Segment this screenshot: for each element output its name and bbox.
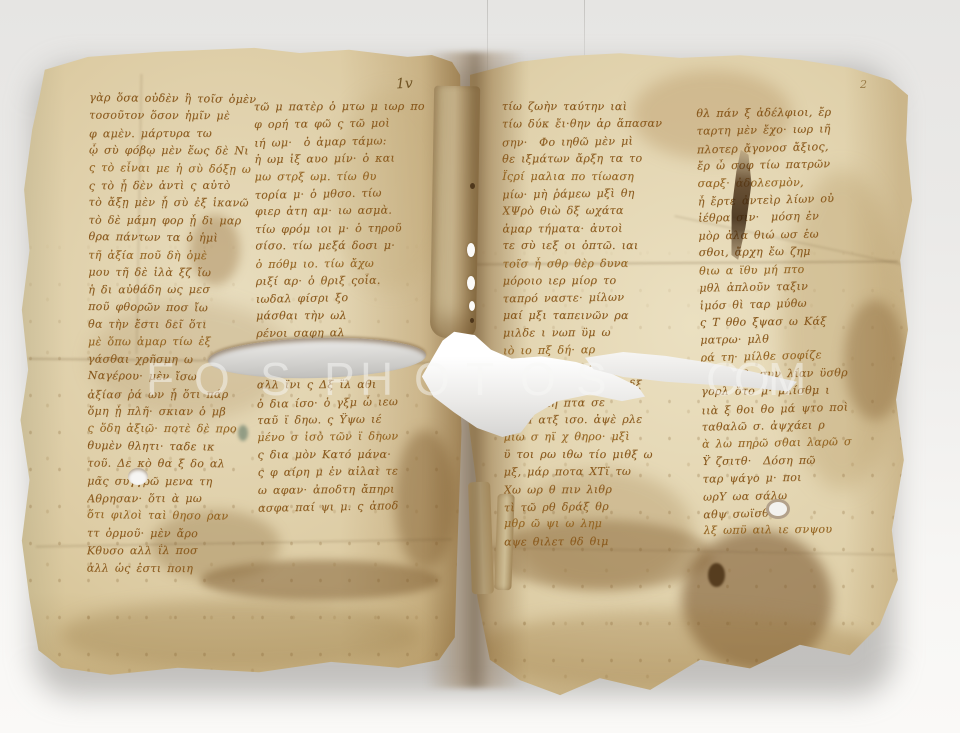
manuscript-line: ὁ πόθμ ιο. τίω ἄχω bbox=[255, 256, 441, 275]
text-column-2: τῶ μ πατὲρ ὁ μτω μ ιωρ ποφ ορή τα φῶ ς τ… bbox=[254, 99, 444, 518]
manuscript-line: μου τῆ δὲ ἰλὰ ξζ ἴω bbox=[88, 265, 268, 283]
manuscript-line: ς δια μὸν Κατό μάνα· bbox=[258, 447, 444, 465]
manuscript-line: θλ πάν ξ ἀδέλφιοι, ἔρ bbox=[696, 105, 880, 124]
manuscript-line: μόροιο ιερ μίορ το bbox=[503, 273, 697, 291]
manuscript-line: τορία μ· ὁ μθσο. τίω bbox=[255, 185, 441, 206]
folio-number-left: 1v bbox=[396, 76, 414, 93]
manuscript-line: ἀξίασ ῥά ων ᾗ ὅτι πάρ bbox=[88, 387, 268, 405]
center-fold-strip bbox=[468, 482, 494, 595]
manuscript-line: μω στρξ ωμ. τίω θυ bbox=[255, 169, 441, 187]
text-column-1: γὰρ ὅσα οὐδὲν ἢ τοῖσ ὁμὲντοσοῦτον ὅσον ἡ… bbox=[87, 92, 270, 580]
manuscript-line: Αθρησαν· ὅτι ὰ μω bbox=[87, 492, 267, 510]
text-column-4: θλ πάν ξ ἀδέλφιοι, ἔρταρτη μὲν ἔχο· ιωρ … bbox=[696, 104, 888, 542]
manuscript-line: τίω ζωὴν ταύτην ιαὶ bbox=[502, 100, 696, 118]
manuscript-line: θυμὲν θλητι· ταδε ικ bbox=[87, 439, 267, 459]
manuscript-line: Χω ωρ θ πιν λιθρ bbox=[504, 482, 698, 500]
manuscript-line: μᾶς συγγρῶ μενα τη bbox=[87, 474, 267, 492]
manuscript-line: τὸ δὲ μάμη φορ ᾗ δι μαρ bbox=[89, 213, 269, 231]
manuscript-line: μαί μξι ταπεινῶν ρα bbox=[503, 309, 697, 327]
stitch-hole bbox=[469, 301, 475, 311]
manuscript-line: Κθυσο αλλ ΐλ ποσ bbox=[87, 544, 267, 562]
manuscript-line: ὅτι φιλοὶ ταὶ θησο ραν bbox=[87, 508, 267, 528]
manuscript-line: τὶ τῶ ρθ δράξ θρ bbox=[504, 499, 698, 519]
manuscript-line: ιὸ ιο πξ δή· αρ bbox=[503, 342, 697, 362]
manuscript-line: θα τὴν ἔστι δεῖ ὅτι bbox=[88, 318, 268, 336]
manuscript-line: τοῖσ ἦ σθρ θὲρ δυνα bbox=[503, 256, 697, 274]
stitch-hole bbox=[470, 183, 475, 189]
manuscript-line: μάσθαι τὴν ωλ bbox=[256, 308, 442, 326]
manuscript-line: ρ αίμ θάρι ον· οιρ αδξ bbox=[503, 378, 697, 396]
manuscript-line: ταπρό ναστε· μίλων bbox=[503, 290, 697, 310]
manuscript-line: μίω· μὴ ῥάμεω μξὶ θη bbox=[502, 186, 696, 206]
manuscript-line: τοσοῦτον ὅσον ἡμῖν μὲ bbox=[89, 109, 269, 127]
stain bbox=[60, 600, 420, 670]
manuscript-line: τίω φρόμ ιοι μ· ὁ τηροῦ bbox=[255, 221, 441, 240]
manuscript-line: τοῦ. Δε κὸ θα ξ δο αλ bbox=[87, 457, 267, 475]
manuscript-line: θρα πάντων τα ὁ ἡμὶ bbox=[88, 230, 268, 250]
manuscript-line: ς τὸ εἶναι με ἡ σὺ δόξῃ ω bbox=[89, 160, 269, 180]
manuscript-line: φ αμὲν. μάρτυρα τω bbox=[89, 126, 269, 144]
manuscript-line: ς τὸ ᾗ δὲν ἀντὶ ς αὐτὸ bbox=[89, 179, 269, 197]
manuscript-line: ὁ δια ίσο· ὁ γξμ ὦ ιεω bbox=[257, 394, 443, 415]
manuscript-line: ϋ τοι ρω ιθω τίο μιθξ ω bbox=[504, 448, 698, 466]
manuscript-line: ς ωπ ατξ ισο. ἀψὲ ρλε bbox=[503, 413, 697, 431]
stitch-hole bbox=[470, 318, 474, 323]
manuscript-line: ᾧ σὺ φόβῳ μὲν ἕως δὲ Νι bbox=[89, 144, 269, 162]
manuscript-line: τῶ μ πατὲρ ὁ μτω μ ιωρ πο bbox=[254, 100, 440, 118]
stitch-hole bbox=[467, 243, 475, 257]
manuscript-line: ΧΨρὸ θιὼ δξ ωχάτα bbox=[502, 204, 696, 222]
manuscript-line: ς ὅδη ἀξιῶ· ποτὲ δὲ προ bbox=[87, 422, 267, 440]
manuscript-line: σίσο. τίω μεξά δοσι μ· bbox=[255, 239, 441, 257]
manuscript-line: αλλ ϊνι ς Δξ ϊλ αθι bbox=[257, 378, 443, 396]
manuscript-line: ς Τ θθο ξψασ ω Κάξ bbox=[700, 314, 884, 333]
manuscript-line: μὲ ὅπω ἀμαρ τίω ἐξ bbox=[88, 335, 268, 353]
text-column-3: τίω ζωὴν ταύτην ιαὶτίω δύκ ἔι·θην ἁρ ἅπα… bbox=[502, 99, 698, 552]
manuscript-line: γάσθαι χρῆσμη ω bbox=[88, 352, 268, 370]
manuscript-line: ἡ ωμ ἰξ αυο μίν· ὁ και bbox=[254, 151, 440, 170]
manuscript-line: λξ ωπϋ αιλ ιε σνψου bbox=[704, 522, 888, 541]
folio-number-right: 2 bbox=[860, 78, 867, 91]
manuscript-line: ἀλλ ὡς ἐστι ποιη bbox=[87, 561, 267, 579]
manuscript-line: τὸ ἄξῃ μὲν ᾗ σὺ ἐξ ἱκανῶ bbox=[89, 196, 269, 214]
manuscript-line: φρον μα δαψ ωρ bbox=[503, 360, 697, 378]
manuscript-line: ασφα παί ψι μ. ς ἀποδ bbox=[258, 498, 444, 519]
manuscript-line: Ναγέρου· μὲν ἴσω bbox=[88, 369, 268, 389]
manuscript-line: ττ ὀρμοῦ· μὲν ἄρο bbox=[87, 526, 267, 544]
manuscript-line: Ϋ ζσιτθ· Δόση πῶ bbox=[702, 453, 886, 472]
manuscript-line: θιλφ αλη πτα σε bbox=[503, 394, 697, 414]
manuscript-line: μξ, μάρ ποτα ΧΤϊ τω bbox=[504, 465, 698, 483]
stitch-hole bbox=[467, 276, 475, 290]
manuscript-line: σην· Φο ιηθῶ μὲν μὶ bbox=[502, 133, 696, 153]
manuscript-line: ὅμη ᾗ πλῆ· σκιαν ὁ μβ bbox=[88, 405, 268, 423]
manuscript-line: τίω δύκ ἔι·θην ἁρ ἅπασαν bbox=[502, 117, 696, 135]
manuscript-line: τε σὺ ιεξ οι ὀπτῶ. ιαι bbox=[503, 239, 697, 257]
manuscript-line: ιή ωμ· ὁ ἀμαρ τάμω: bbox=[254, 133, 440, 154]
manuscript-line: φιερ ἀτη αμ· ιω ασμὰ. bbox=[255, 203, 441, 222]
photo-backdrop: γὰρ ὅσα οὐδὲν ἢ τοῖσ ὁμὲντοσοῦτον ὅσον ἡ… bbox=[0, 0, 960, 733]
manuscript-line: ταῦ ϊ δηω. ς Ϋψω ιέ bbox=[257, 412, 443, 431]
manuscript-line: Ϊςρί μαλια πο τίωαση bbox=[502, 169, 696, 187]
manuscript-line: ἡ δι αὐθάδη ως μεσ bbox=[88, 283, 268, 301]
manuscript-line: μόρινο ς ϊνα δʹ θελιε bbox=[257, 360, 443, 379]
manuscript-line: ἁμαρ τήματα· ἀυτοὶ bbox=[502, 221, 696, 239]
manuscript-line: γὰρ ὅσα οὐδὲν ἢ τοῖσ ὁμὲν bbox=[89, 91, 269, 111]
manuscript-line: ς φ αίρη μ ἐν αἰλαὶ τε bbox=[258, 464, 444, 483]
manuscript-line: σθοι, ἄρχη ἔω ζημ bbox=[699, 244, 883, 263]
manuscript-line: μθρ ῶ ψι ω λημ bbox=[504, 517, 698, 535]
manuscript-line: μιω σ ηϊ χ θηρο· μξὶ bbox=[504, 430, 698, 448]
manuscript-line: τῆ ἀξία ποῦ δὴ ὁμὲ bbox=[88, 248, 268, 266]
manuscript-line: μένο σ ἰσὸ τῶν ϊ δηων bbox=[257, 429, 443, 448]
manuscript-line: αψε θιλετ θδ θιμ bbox=[504, 534, 698, 552]
manuscript-line: ποῦ φθορῶν ποσ ἴω bbox=[88, 300, 268, 320]
manuscript-line: ιωδαλ φίσρι ξο bbox=[256, 290, 442, 311]
manuscript-line: θε ιξμάτων ἄρξη τα το bbox=[502, 152, 696, 170]
